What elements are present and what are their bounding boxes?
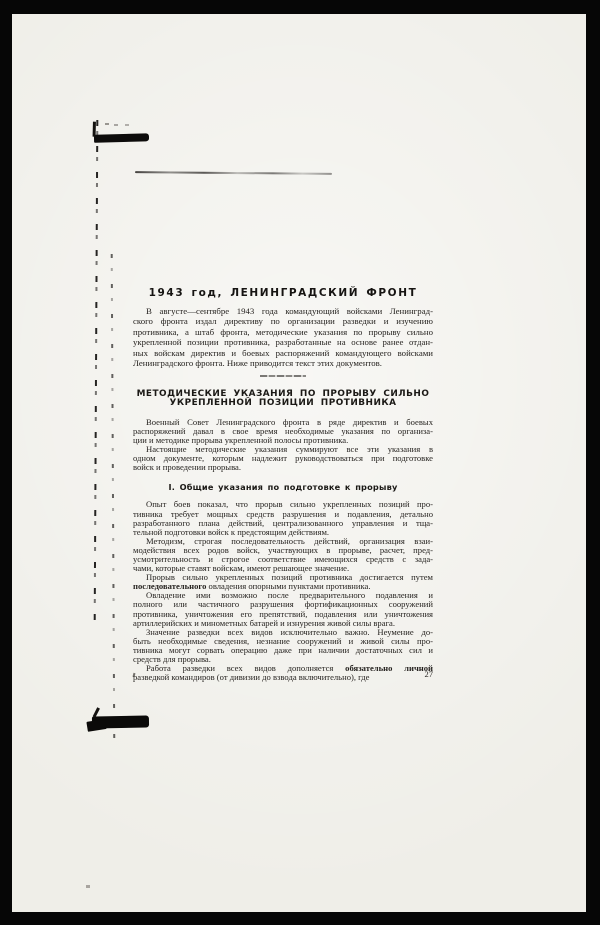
text-column: 1943 год, ЛЕНИНГРАДСКИЙ ФРОНТ В августе—… — [133, 280, 433, 682]
margin-speck — [86, 885, 90, 888]
scanned-book-photo: 1943 год, ЛЕНИНГРАДСКИЙ ФРОНТ В августе—… — [0, 0, 600, 925]
page-number: 27 — [399, 669, 433, 679]
body-paragraph: Овладение ими возможно после предварител… — [133, 591, 433, 627]
text-segment: разведкой командиров (от дивизии до взво… — [133, 672, 369, 682]
text-segment: противника, а штаб фронта, методические … — [133, 327, 433, 337]
crease-top-ink-blot — [94, 133, 149, 142]
text-line: Ленинградского фронта. Ниже приводится т… — [133, 358, 433, 368]
text-segment: В августе—сентябре 1943 года командующий… — [146, 306, 433, 316]
document-heading: МЕТОДИЧЕСКИЕ УКАЗАНИЯ ПО ПРОРЫВУ СИЛЬНО … — [133, 390, 433, 409]
body-paragraph: Прорыв сильно укрепленных позиций против… — [133, 573, 433, 591]
text-line: разведкой командиров (от дивизии до взво… — [133, 673, 433, 682]
text-line: противника, а штаб фронта, методические … — [133, 327, 433, 337]
text-segment: Ленинградского фронта. Ниже приводится т… — [133, 358, 382, 368]
text-line: укрепленной позиции противника, разработ… — [133, 337, 433, 347]
paper-page: 1943 год, ЛЕНИНГРАДСКИЙ ФРОНТ В августе—… — [12, 14, 586, 912]
section-divider — [260, 375, 306, 377]
text-line: ных войскам директив и боевых распоряжен… — [133, 348, 433, 358]
crease-bottom-ink-blot — [92, 716, 149, 729]
chapter-title: 1943 год, ЛЕНИНГРАДСКИЙ ФРОНТ — [133, 287, 433, 299]
section-heading: I. Общие указания по подготовке к прорыв… — [133, 483, 433, 492]
text-segment: ных войскам директив и боевых распоряжен… — [133, 348, 433, 358]
body-paragraph: Значение разведки всех видов исключитель… — [133, 628, 433, 664]
binding-crease-line — [94, 120, 99, 625]
intro-paragraph: В августе—сентябре 1943 года командующий… — [133, 306, 433, 368]
body-paragraph: Работа разведки всех видов дополняется о… — [133, 664, 433, 682]
text-line: ского фронта издал директиву по организа… — [133, 316, 433, 326]
text-segment: укрепленной позиции противника, разработ… — [133, 337, 433, 347]
body-paragraph: Опыт боев показал, что прорыв сильно укр… — [133, 500, 433, 536]
scratch-line-artifact — [135, 171, 332, 175]
document-heading-line: УКРЕПЛЕННОЙ ПОЗИЦИИ ПРОТИВНИКА — [133, 399, 433, 409]
text-line: В августе—сентябре 1943 года командующий… — [133, 306, 433, 316]
text-segment: войск и проведении прорыва. — [133, 462, 241, 472]
binding-crease-line-secondary — [111, 254, 116, 746]
text-segment: ского фронта издал директиву по организа… — [133, 316, 433, 326]
body-paragraph: Методизм, строгая последовательность дей… — [133, 537, 433, 573]
dust-specks — [105, 123, 109, 125]
text-line: войск и проведении прорыва. — [133, 463, 433, 472]
body-paragraph: Настоящие методические указания суммирую… — [133, 445, 433, 472]
body-paragraph: Военный Совет Ленинградского фронта в ря… — [133, 418, 433, 445]
